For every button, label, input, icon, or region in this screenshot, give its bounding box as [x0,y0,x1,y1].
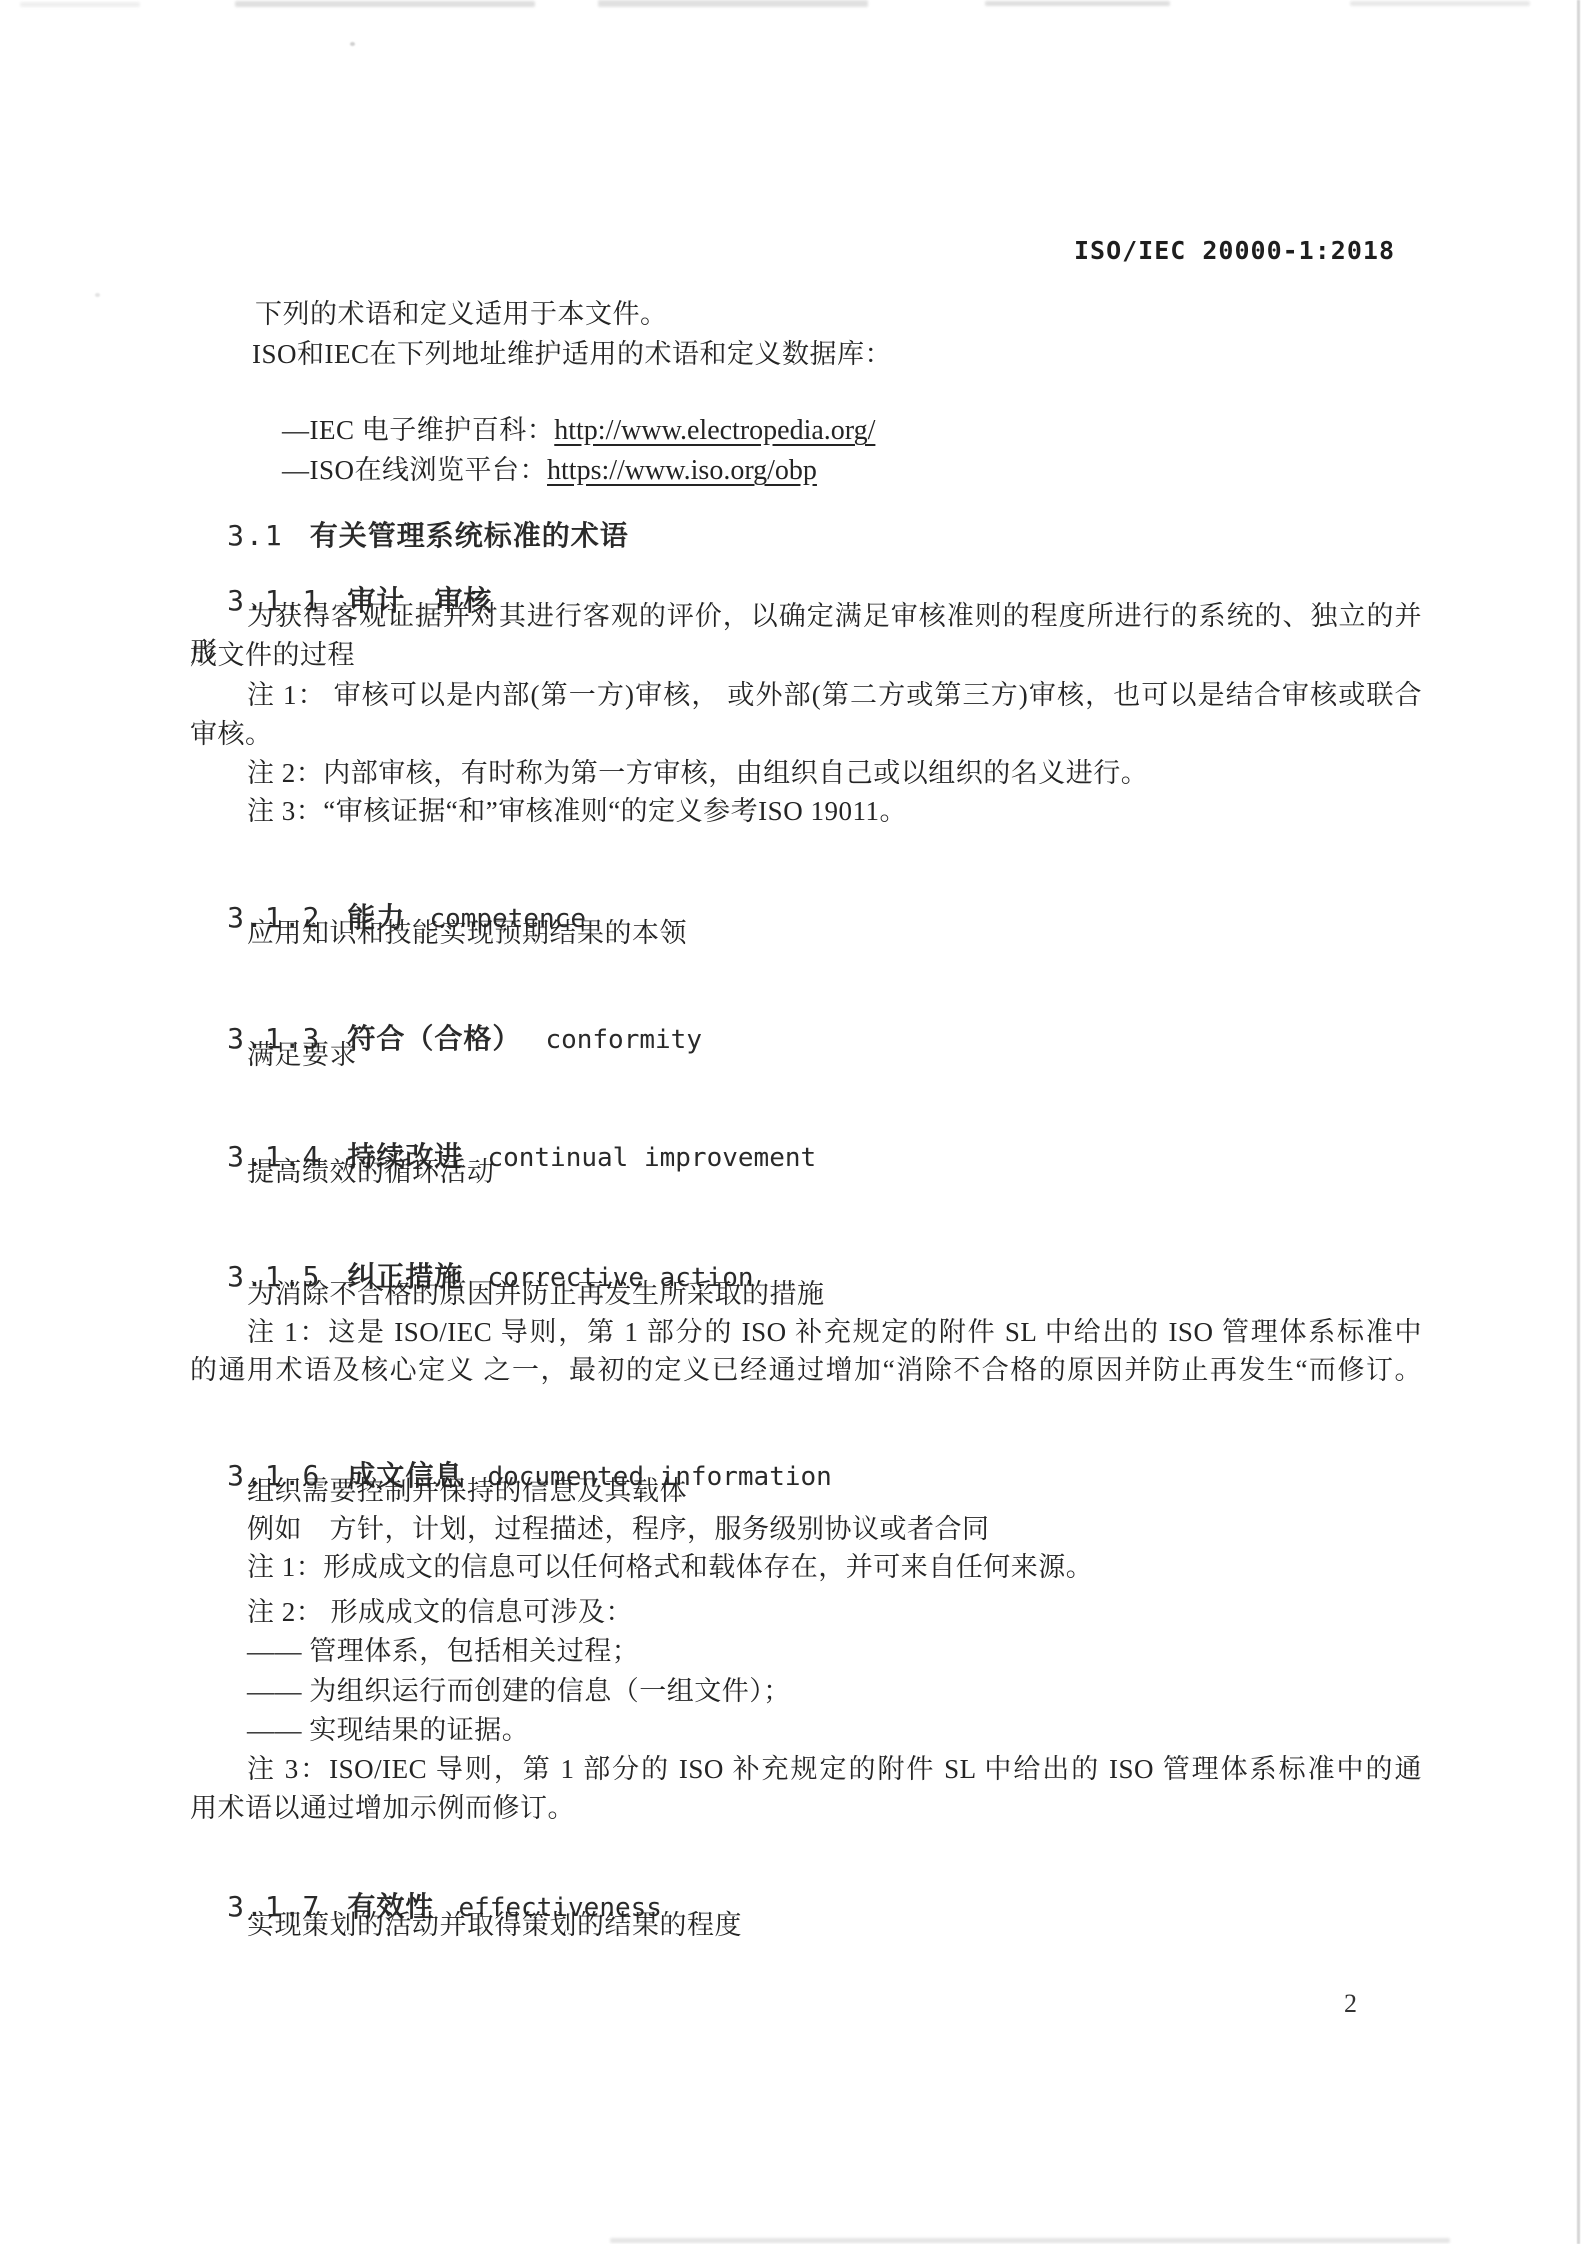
note-line: 注 1： 审核可以是内部(第一方)审核， 或外部(第二方或第三方)审核，也可以是… [190,677,1422,713]
definition-line: 应用知识和技能实现预期结果的本领 [247,915,687,951]
note-line: 注 2： 形成成文的信息可涉及： [247,1594,633,1630]
note-line: 注 1：形成成文的信息可以任何格式和载体存在，并可来自任何来源。 [247,1549,1093,1585]
note-line: 的通用术语及核心定义 之一，最初的定义已经通过增加“消除不合格的原因并防止再发生… [190,1352,1422,1388]
definition-line: 实现策划的活动并取得策划的结果的程度 [247,1907,742,1943]
document-page: ISO/IEC 20000-1:2018 下列的术语和定义适用于本文件。 ISO… [0,0,1587,2244]
note-line: 审核。 [190,716,273,752]
note-line: 用术语以通过增加示例而修订。 [190,1790,575,1826]
intro-line: 下列的术语和定义适用于本文件。 [255,296,668,332]
definition-line: 为消除不合格的原因并防止再发生所采取的措施 [247,1276,825,1312]
note-line: 注 2：内部审核，有时称为第一方审核，由组织自己或以组织的名义进行。 [190,755,1148,791]
example-line: 例如 方针，计划，过程描述，程序，服务级别协议或者合同 [247,1511,990,1547]
scan-artifact [235,1,535,7]
term-zh: 符合（合格） [347,1023,521,1054]
bullet-line: —— 实现结果的证据。 [247,1712,529,1748]
scan-artifact [350,42,355,46]
bullet-line: —— 为组织运行而创建的信息（一组文件）； [247,1673,791,1709]
note-line: 注 3：“审核证据“和”审核准则“的定义参考ISO 19011。 [190,793,907,829]
definition-line: 为获得客观证据并对其进行客观的评价，以确定满足审核准则的程度所进行的系统的、独立… [190,598,1422,671]
definition-line: 满足要求 [247,1037,357,1073]
bullet-line: —— 管理体系，包括相关过程； [247,1633,639,1669]
term-en: conformity [545,1025,702,1055]
term-en: continual improvement [487,1143,816,1173]
intro-line: ISO和IEC在下列地址维护适用的术语和定义数据库： [252,336,892,372]
scanner-edge-line [1577,0,1580,2244]
scan-artifact [985,1,1170,6]
scan-artifact [1350,1,1530,6]
definition-line: 提高绩效的循环活动 [247,1154,495,1190]
definition-line: 组织需要控制并保持的信息及其载体 [247,1473,687,1509]
page-number: 2 [1344,1986,1357,2021]
scan-artifact [598,0,868,7]
scan-artifact [95,293,100,297]
scan-artifact [610,2238,1450,2243]
note-line: 注 3：ISO/IEC 导则，第 1 部分的 ISO 补充规定的附件 SL 中给… [190,1751,1422,1787]
note-line: 注 1：这是 ISO/IEC 导则，第 1 部分的 ISO 补充规定的附件 SL… [190,1314,1422,1350]
doc-code-header: ISO/IEC 20000-1:2018 [1074,234,1395,268]
scan-artifact [20,2,140,7]
definition-line: 成文件的过程 [190,637,355,673]
